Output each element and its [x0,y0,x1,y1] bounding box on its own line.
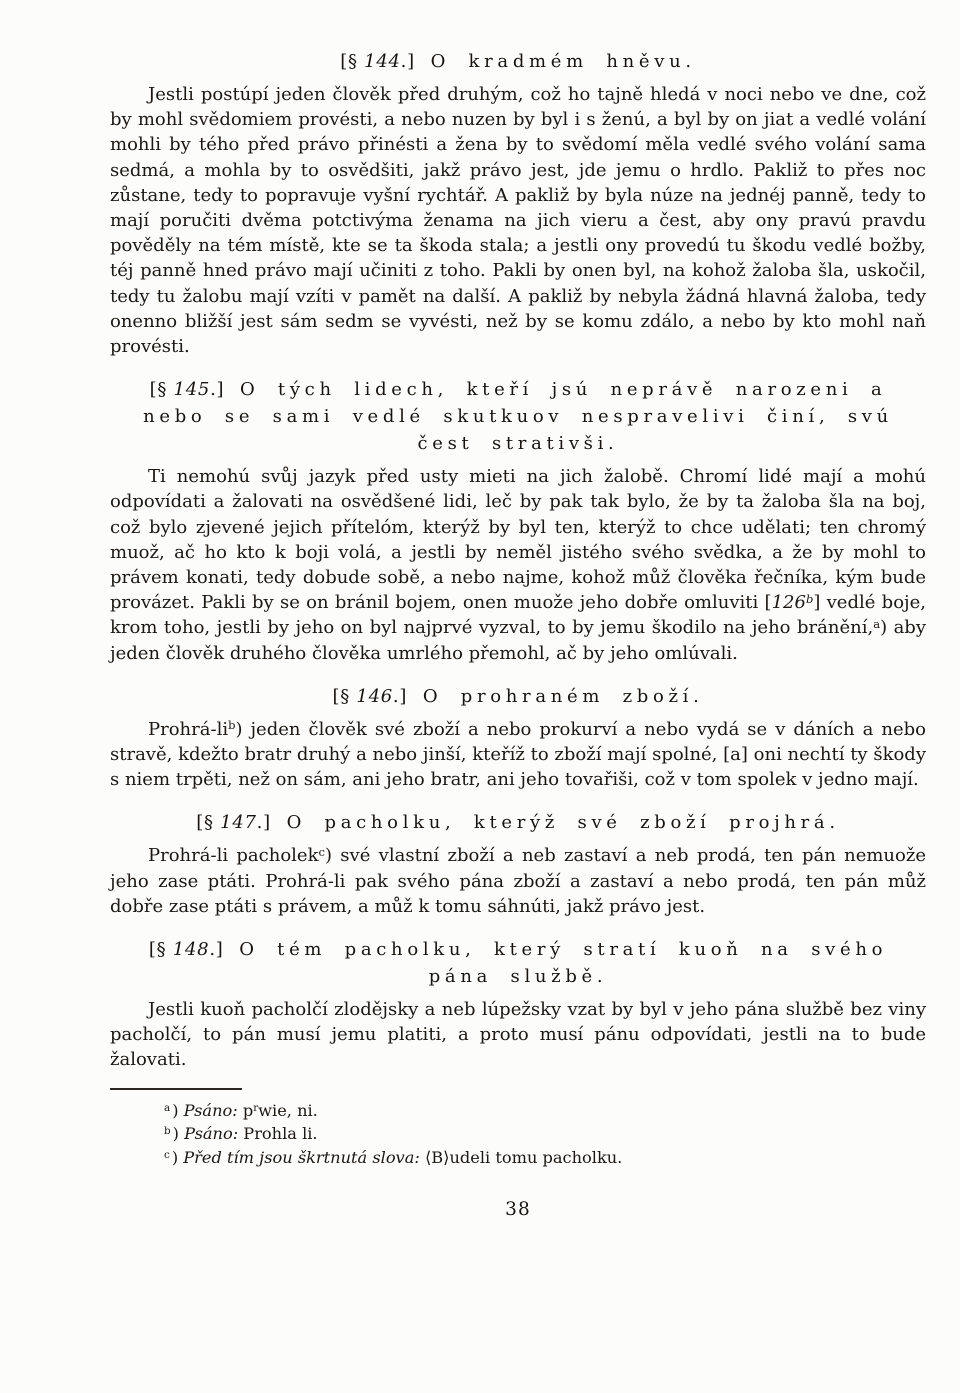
text-run: p [238,1101,254,1120]
text-column: [§ 144.] O kradmém hněvu.Jestli postúpí … [110,48,926,1220]
text-run: Psáno: [184,1101,238,1120]
text-run: ⟨B⟩udeli tomu pacholku. [420,1148,623,1167]
section-title: O prohraném zboží. [423,686,704,707]
paragraph: Jestli postúpí jeden člověk před druhým,… [110,82,926,359]
paragraph: Ti nemohú svůj jazyk před usty mieti na … [110,464,926,666]
section-title: O kradmém hněvu. [431,51,696,72]
footnote-marker: a [164,1102,170,1114]
section-number-value: 146 [356,686,393,707]
section-heading: [§ 145.] O tých lidech, kteří jsú nepráv… [110,376,926,457]
footnote-marker: c [164,1149,170,1161]
section-146: [§ 146.] O prohraném zboží.Prohrá-lib) j… [110,683,926,793]
section-144: [§ 144.] O kradmém hněvu.Jestli postúpí … [110,48,926,359]
text-run: Prohrá-li pacholek [148,845,319,866]
text-run: Prohrá-li [148,719,228,740]
footnotes: a) Psáno: prwie, ni.b) Psáno: Prohla li.… [110,1088,926,1170]
footnote-marker: b [164,1125,171,1137]
paragraph: Prohrá-lib) jeden člověk své zboží a neb… [110,717,926,793]
footnote-item: c) Před tím jsou škrtnutá slova: ⟨B⟩udel… [110,1146,926,1170]
section-number: [§ 146.] [332,686,407,707]
section-145: [§ 145.] O tých lidech, kteří jsú nepráv… [110,376,926,666]
section-number-value: 147 [220,812,257,833]
section-147: [§ 147.] O pacholku, kterýž své zboží pr… [110,809,926,919]
page-number: 38 [110,1199,926,1220]
section-heading: [§ 147.] O pacholku, kterýž své zboží pr… [110,809,926,836]
section-heading: [§ 144.] O kradmém hněvu. [110,48,926,75]
text-run: Jestli kuoň pacholčí zlodějsky a neb lúp… [110,999,926,1070]
superscript-note-ref: a [873,617,880,631]
superscript-note-ref: c [319,845,325,859]
section-title: O pacholku, kterýž své zboží projhrá. [287,812,840,833]
section-title: O tých lidech, kteří jsú neprávě narozen… [143,379,893,454]
section-number: [§ 147.] [196,812,271,833]
footnote-item: a) Psáno: prwie, ni. [110,1099,926,1123]
section-heading: [§ 148.] O tém pacholku, který stratí ku… [110,936,926,990]
section-number-value: 145 [174,379,211,400]
document-page: [§ 144.] O kradmém hněvu.Jestli postúpí … [0,0,960,1393]
sections: [§ 144.] O kradmém hněvu.Jestli postúpí … [110,48,926,1073]
section-number: [§ 144.] [340,51,415,72]
footnote-divider [110,1088,242,1090]
footnote-list: a) Psáno: prwie, ni.b) Psáno: Prohla li.… [110,1099,926,1170]
text-run: Před tím jsou škrtnutá slova: [183,1148,420,1167]
section-number: [§ 148.] [149,939,224,960]
paragraph: Prohrá-li pacholekc) své vlastní zboží a… [110,843,926,919]
section-148: [§ 148.] O tém pacholku, který stratí ku… [110,936,926,1073]
section-number-value: 144 [364,51,401,72]
text-run: Jestli postúpí jeden člověk před druhým,… [110,84,926,357]
text-run: wie, ni. [258,1101,318,1120]
paragraph: Jestli kuoň pacholčí zlodějsky a neb lúp… [110,997,926,1073]
section-title: O tém pacholku, který stratí kuoň na své… [239,939,887,987]
footnote-item: b) Psáno: Prohla li. [110,1122,926,1146]
superscript-note-ref: b [806,592,813,606]
text-run: 126 [772,592,806,613]
text-run: Prohla li. [238,1124,317,1143]
superscript-note-ref: r [253,1102,258,1114]
section-number: [§ 145.] [150,379,225,400]
section-number-value: 148 [173,939,210,960]
section-heading: [§ 146.] O prohraném zboží. [110,683,926,710]
superscript-note-ref: b [228,718,235,732]
text-run: Psáno: [184,1124,238,1143]
